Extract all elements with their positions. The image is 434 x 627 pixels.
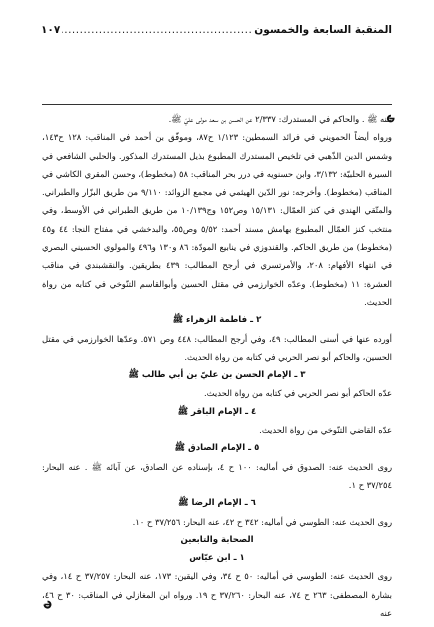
footnote-body: عنه ﷺ . والحاكم في المستدرك: ٢/٣٣٧ عن ال… (42, 110, 392, 622)
continued-paragraph: عنه ﷺ . والحاكم في المستدرك: ٢/٣٣٧ عن ال… (42, 110, 392, 128)
continuation-arrow-icon (42, 600, 53, 609)
dot-leader: ........................................… (62, 24, 252, 36)
section-heading: ٣ ـ الإمام الحسن بن عليّ بن أبي طالب ﷺ (42, 366, 392, 384)
section-text: عدّه الحاكم أبو نصر الحربي في كتابه من ر… (42, 384, 392, 402)
section-text: روى الحديث عنه: الطوسي في أماليه: ٣٤٢ ح … (42, 513, 392, 531)
section-text: عدّه القاضي التنّوخي من رواة الحديث. (42, 421, 392, 439)
section-heading: ٦ ـ الإمام الرضا ﷺ (42, 494, 392, 512)
page-number: ١٠٧ (41, 24, 60, 36)
paragraph-text: عنه ﷺ . والحاكم في المستدرك: ٢/٣٣٧ عن ال… (169, 114, 392, 124)
paragraph-text: ورواه أيضاً الحمويني في فرائد السمطين: ١… (42, 132, 392, 307)
section-text: روى الحديث عنه: الطوسي في أماليه: ٥٠ ح ٣… (42, 567, 392, 622)
group-heading: الصحابة والتابعين (42, 531, 392, 549)
running-header: المنقبة السابعة والخمسون ...............… (41, 24, 392, 40)
section-heading: ٢ ـ فاطمة الزهراء ﷺ (42, 311, 392, 329)
paragraph: ورواه أيضاً الحمويني في فرائد السمطين: ١… (42, 128, 392, 311)
section-text: روى الحديث عنه: الصدوق في أماليه: ١٠٠ ح … (42, 458, 392, 495)
book-page: المنقبة السابعة والخمسون ...............… (0, 0, 434, 627)
chapter-title: المنقبة السابعة والخمسون (254, 24, 392, 36)
footnote-separator-rule (42, 104, 392, 105)
section-heading: ١ ـ ابن عبّاس (42, 549, 392, 567)
continuation-arrow-icon (386, 114, 396, 123)
section-heading: ٥ ـ الإمام الصادق ﷺ (42, 439, 392, 457)
section-heading: ٤ ـ الإمام الباقر ﷺ (42, 403, 392, 421)
section-text: أورده عنها في أسنى المطالب: ٤٩، وفي أرجح… (42, 330, 392, 367)
